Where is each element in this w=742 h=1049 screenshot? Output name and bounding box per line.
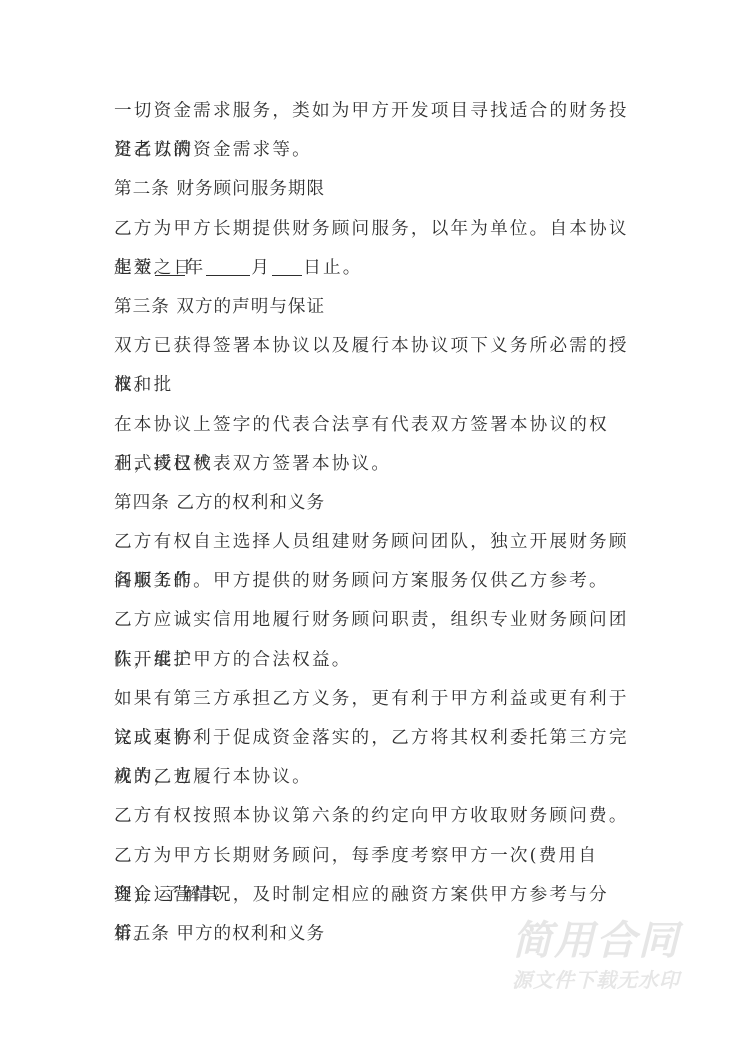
month-blank (206, 257, 250, 276)
paragraph-line: 乙方为甲方长期提供财务顾问服务，以年为单位。自本协议生效之日 (114, 210, 634, 249)
year-label: 年 (186, 258, 206, 278)
watermark-brand: 简用合同 (512, 918, 692, 964)
paragraph-line: 如果有第三方承担乙方义务，更有利于甲方利益或更有利于完成本协 (114, 680, 634, 719)
paragraph-line: 议或更有利于促成资金落实的，乙方将其权利委托第三方完成的，也 (114, 719, 634, 758)
paragraph-line: 足乙方的资金需求等。 (114, 131, 634, 170)
paragraph-line: 乙方为甲方长期财务顾问，每季度考察甲方一次(费用自理)，了解其 (114, 837, 634, 876)
watermark: 简用合同 源文件下载无水印 (512, 918, 692, 992)
term-date-line: 起至年月日止。 (114, 249, 634, 288)
paragraph-line: 准。 (114, 366, 634, 405)
paragraph-line: 乙方有权自主选择人员组建财务顾问团队，独立开展财务顾问服务的 (114, 523, 634, 562)
section-heading-article-3: 第三条 双方的声明与保证 (114, 288, 634, 327)
paragraph-line: 各项工作。甲方提供的财务顾问方案服务仅供乙方参考。 (114, 562, 634, 601)
paragraph-line: 乙方应诚实信用地履行财务顾问职责，组织专业财务顾问团队开展工 (114, 601, 634, 640)
term-prefix: 起至 (114, 258, 154, 278)
month-label: 月 (251, 258, 271, 278)
contract-body: 一切资金需求服务，类如为甲方开发项目寻找适合的财务投资者以满 足乙方的资金需求等… (114, 92, 634, 954)
paragraph-line: 正式授权代表双方签署本协议。 (114, 445, 634, 484)
paragraph-line: 视为乙方履行本协议。 (114, 758, 634, 797)
paragraph-line: 一切资金需求服务，类如为甲方开发项目寻找适合的财务投资者以满 (114, 92, 634, 131)
section-heading-article-2: 第二条 财务顾问服务期限 (114, 170, 634, 209)
paragraph-line: 作，维护甲方的合法权益。 (114, 641, 634, 680)
day-label: 日止。 (303, 258, 362, 278)
year-blank (155, 257, 185, 276)
paragraph-line: 双方已获得签署本协议以及履行本协议项下义务所必需的授权和批 (114, 327, 634, 366)
document-page: 一切资金需求服务，类如为甲方开发项目寻找适合的财务投资者以满 足乙方的资金需求等… (0, 0, 742, 1049)
watermark-tagline: 源文件下载无水印 (512, 968, 692, 992)
day-blank (272, 257, 302, 276)
paragraph-line: 乙方有权按照本协议第六条的约定向甲方收取财务顾问费。 (114, 797, 634, 836)
paragraph-line: 在本协议上签字的代表合法享有代表双方签署本协议的权利，或已被 (114, 406, 634, 445)
paragraph-line: 资金运营情况，及时制定相应的融资方案供甲方参考与分析。 (114, 876, 634, 915)
section-heading-article-4: 第四条 乙方的权利和义务 (114, 484, 634, 523)
